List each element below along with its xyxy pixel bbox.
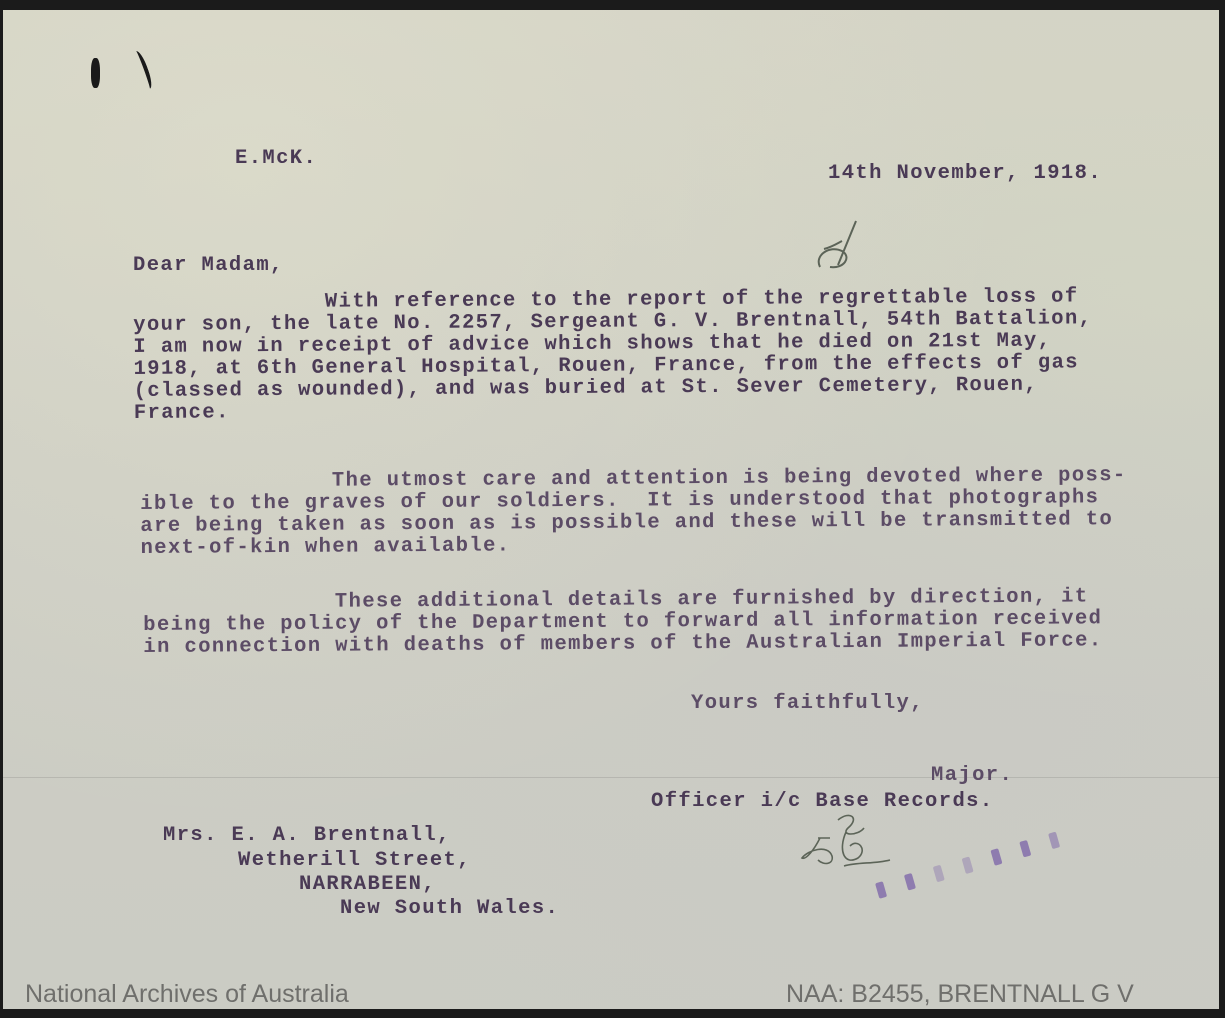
addressee-suburb: NARRABEEN,: [299, 874, 436, 896]
faded-ink-stamp: [875, 820, 1121, 970]
reference-initials: E.McK.: [235, 148, 317, 170]
punch-hole-right: [131, 49, 154, 90]
letter-date: 14th November, 1918.: [828, 163, 1102, 185]
closing: Yours faithfully,: [691, 693, 924, 715]
paragraph-line: in connection with deaths of members of …: [143, 630, 1102, 659]
paper-fold-line: [3, 777, 1219, 778]
salutation: Dear Madam,: [133, 255, 284, 277]
handwritten-initial-mark: [808, 215, 868, 275]
paragraph-1: With reference to the report of the regr…: [133, 286, 1093, 425]
paragraph-2: The utmost care and attention is being d…: [140, 465, 1127, 560]
archive-watermark-left: National Archives of Australia: [25, 980, 349, 1009]
addressee-street: Wetherill Street,: [238, 850, 471, 872]
paragraph-line: next-of-kin when available.: [140, 531, 1127, 560]
signatory-rank: Major.: [931, 765, 1013, 787]
addressee-state: New South Wales.: [340, 898, 559, 920]
archive-watermark-right: NAA: B2455, BRENTNALL G V: [786, 980, 1134, 1009]
punch-hole-left: [91, 58, 100, 88]
paragraph-3: These additional details are furnished b…: [143, 586, 1103, 659]
letter-page: E.McK. 14th November, 1918. Dear Madam, …: [3, 10, 1219, 1009]
addressee-name: Mrs. E. A. Brentnall,: [163, 825, 451, 847]
handwritten-signature-initials: [798, 810, 893, 875]
